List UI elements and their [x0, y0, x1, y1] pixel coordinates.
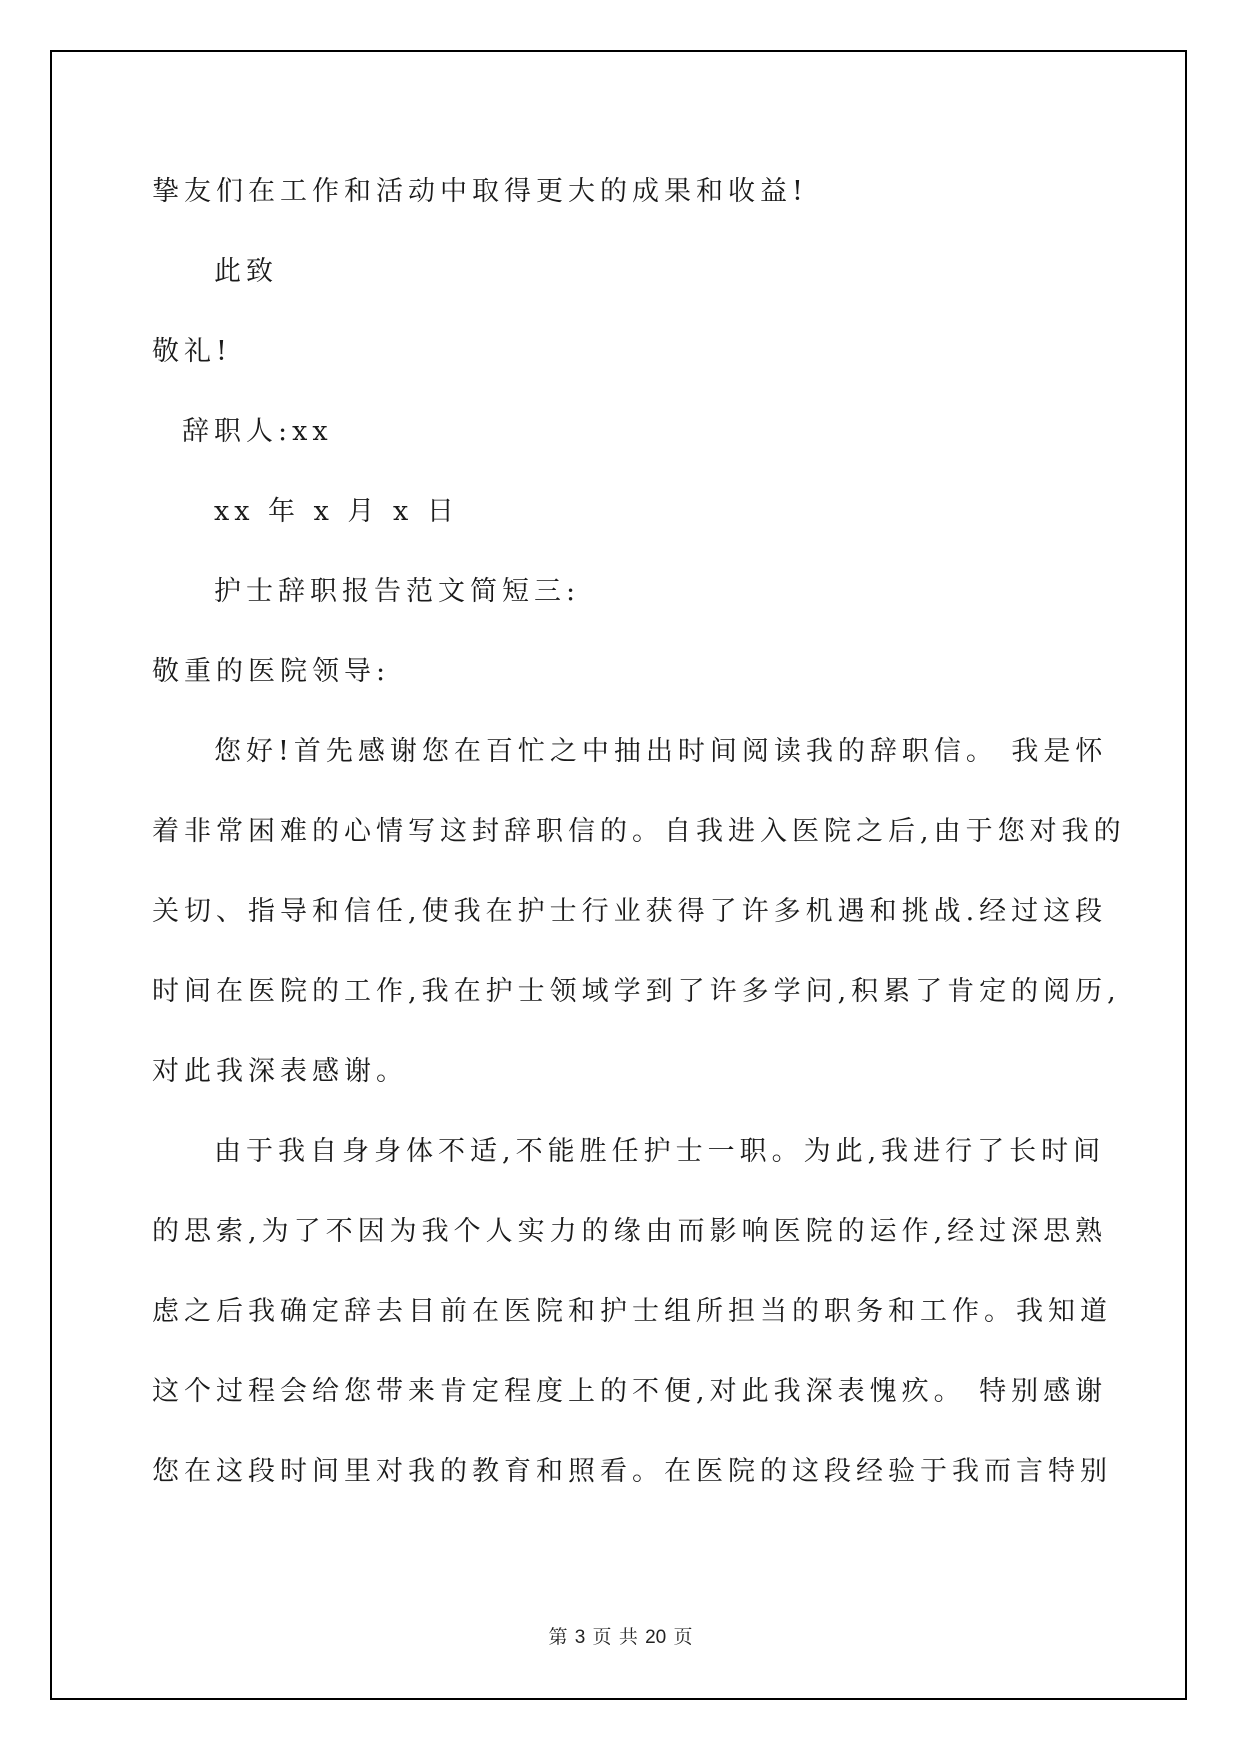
signature-date: xx 年 x 月 x 日	[152, 490, 1102, 570]
text-line: 挚友们在工作和活动中取得更大的成果和收益!	[152, 170, 1102, 250]
section-heading: 护士辞职报告范文简短三:	[152, 570, 1102, 650]
text-line: 虑之后我确定辞去目前在医院和护士组所担当的职务和工作。我知道	[152, 1290, 1102, 1370]
text-line: 着非常困难的心情写这封辞职信的。自我进入医院之后,由于您对我的	[152, 810, 1102, 890]
text-line: 您好!首先感谢您在百忙之中抽出时间阅读我的辞职信。 我是怀	[152, 730, 1102, 810]
letter-greeting: 敬重的医院领导:	[152, 650, 1102, 730]
closing-regards: 敬礼!	[152, 330, 1102, 410]
text-line: 您在这段时间里对我的教育和照看。在医院的这段经验于我而言特别	[152, 1450, 1102, 1530]
text-line: 由于我自身身体不适,不能胜任护士一职。为此,我进行了长时间	[152, 1130, 1102, 1210]
text-line: 对此我深表感谢。	[152, 1050, 1102, 1130]
closing-salutation: 此致	[152, 250, 1102, 330]
text-line: 关切、指导和信任,使我在护士行业获得了许多机遇和挑战.经过这段	[152, 890, 1102, 970]
signature-name: 辞职人:xx	[152, 410, 1102, 490]
document-body: 挚友们在工作和活动中取得更大的成果和收益! 此致 敬礼! 辞职人:xx xx 年…	[152, 170, 1102, 1530]
text-line: 时间在医院的工作,我在护士领域学到了许多学问,积累了肯定的阅历,	[152, 970, 1102, 1050]
text-line: 的思索,为了不因为我个人实力的缘由而影响医院的运作,经过深思熟	[152, 1210, 1102, 1290]
text-line: 这个过程会给您带来肯定程度上的不便,对此我深表愧疚。 特别感谢	[152, 1370, 1102, 1450]
page-number-footer: 第 3 页 共 20 页	[0, 1622, 1241, 1649]
